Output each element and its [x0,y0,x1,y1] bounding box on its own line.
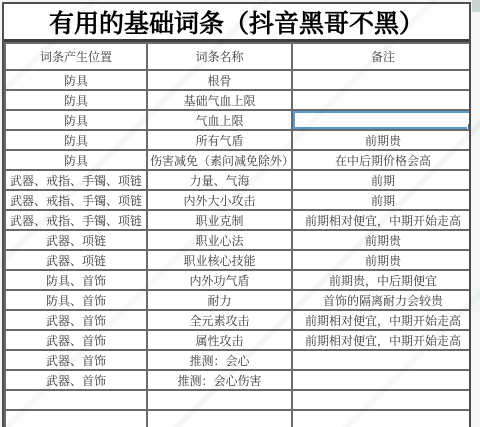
cell-position[interactable]: 武器、戒指、手镯、项链 [5,170,147,190]
cell-remark[interactable]: 前期 [292,190,471,210]
table-row: 武器、首饰全元素攻击前期相对便宜，中期开始走高 [5,310,471,330]
cell-remark[interactable]: 在中后期价格会高 [292,150,471,170]
table-row: 武器、首饰推测：会心 [5,350,471,370]
cell-remark[interactable] [292,410,471,427]
cell-name[interactable]: 推测：会心 [147,350,292,370]
cell-position[interactable]: 防具 [5,150,147,170]
cell-remark[interactable]: 前期贵 [292,130,471,150]
table-title-bar: 有用的基础词条（抖音黑哥不黑） [4,4,469,42]
cell-name[interactable]: 根骨 [147,70,292,90]
spreadsheet-area: 有用的基础词条（抖音黑哥不黑） 词条产生位置 词条名称 备注 防具根骨防具基础气… [2,2,471,427]
cell-name[interactable]: 内外大小攻击 [147,190,292,210]
table-row: 武器、戒指、手镯、项链力量、气海前期 [5,170,471,190]
cell-position[interactable]: 武器、首饰 [5,310,147,330]
cell-remark[interactable]: 前期 [292,170,471,190]
table-row: 武器、首饰属性攻击前期相对便宜，中期开始走高 [5,330,471,350]
cell-position[interactable]: 防具、首饰 [5,270,147,290]
cell-remark[interactable]: 前期相对便宜，中期开始走高 [292,310,471,330]
cell-name[interactable]: 职业核心技能 [147,250,292,270]
table-body: 防具根骨防具基础气血上限防具气血上限防具所有气盾前期贵防具伤害减免（素问减免除外… [5,70,471,427]
table-row: 防具、首饰内外功气盾前期贵，中后期便宜 [5,270,471,290]
table-row: 防具气血上限 [5,110,471,130]
cell-name[interactable]: 气血上限 [147,110,292,130]
cell-name[interactable] [147,410,292,427]
cell-position[interactable]: 防具 [5,90,147,110]
cell-name[interactable]: 所有气盾 [147,130,292,150]
header-remark[interactable]: 备注 [292,43,471,70]
cell-remark[interactable]: 前期相对便宜，中期开始走高 [292,330,471,350]
header-row: 词条产生位置 词条名称 备注 [5,43,471,70]
cell-remark[interactable]: 前期相对便宜，中期开始走高 [292,210,471,230]
cell-position[interactable]: 武器、首饰 [5,370,147,390]
cell-position[interactable]: 武器、戒指、手镯、项链 [5,210,147,230]
corner-shade [472,0,480,12]
entries-table: 词条产生位置 词条名称 备注 防具根骨防具基础气血上限防具气血上限防具所有气盾前… [4,42,471,427]
cell-remark[interactable] [292,350,471,370]
table-row [5,410,471,427]
cell-position[interactable] [5,390,147,410]
cell-remark[interactable] [292,370,471,390]
table-row: 防具根骨 [5,70,471,90]
cell-remark[interactable] [292,70,471,90]
cell-position[interactable]: 武器、项链 [5,230,147,250]
table-row: 防具、首饰耐力首饰的隔离耐力会较贵 [5,290,471,310]
cell-position[interactable]: 防具 [5,110,147,130]
cell-position[interactable]: 防具 [5,70,147,90]
selected-cell[interactable] [292,110,471,130]
cell-name[interactable] [147,390,292,410]
cell-name[interactable]: 力量、气海 [147,170,292,190]
cell-position[interactable] [5,410,147,427]
cell-name[interactable]: 基础气血上限 [147,90,292,110]
cell-remark[interactable] [292,90,471,110]
page-title: 有用的基础词条（抖音黑哥不黑） [49,4,424,40]
cell-name[interactable]: 全元素攻击 [147,310,292,330]
cell-name[interactable]: 内外功气盾 [147,270,292,290]
cell-name[interactable]: 属性攻击 [147,330,292,350]
header-position[interactable]: 词条产生位置 [5,43,147,70]
cell-name[interactable]: 耐力 [147,290,292,310]
cell-position[interactable]: 武器、戒指、手镯、项链 [5,190,147,210]
cell-position[interactable]: 防具、首饰 [5,290,147,310]
table-row: 防具伤害减免（素问减免除外）在中后期价格会高 [5,150,471,170]
cell-remark[interactable]: 前期贵 [292,230,471,250]
cell-name[interactable]: 职业心法 [147,230,292,250]
cell-name[interactable]: 伤害减免（素问减免除外） [147,150,292,170]
cell-remark[interactable] [292,390,471,410]
table-row [5,390,471,410]
cell-remark[interactable]: 首饰的隔离耐力会较贵 [292,290,471,310]
table-row: 武器、首饰推测：会心伤害 [5,370,471,390]
table-row: 武器、项链职业核心技能前期贵 [5,250,471,270]
cell-position[interactable]: 武器、首饰 [5,350,147,370]
cell-remark[interactable]: 前期贵，中后期便宜 [292,270,471,290]
cell-name[interactable]: 职业克制 [147,210,292,230]
table-row: 武器、项链职业心法前期贵 [5,230,471,250]
table-row: 武器、戒指、手镯、项链内外大小攻击前期 [5,190,471,210]
table-row: 防具基础气血上限 [5,90,471,110]
header-name[interactable]: 词条名称 [147,43,292,70]
cell-name[interactable]: 推测：会心伤害 [147,370,292,390]
cell-position[interactable]: 武器、首饰 [5,330,147,350]
cell-remark[interactable]: 前期贵 [292,250,471,270]
table-row: 武器、戒指、手镯、项链职业克制前期相对便宜，中期开始走高 [5,210,471,230]
cell-position[interactable]: 防具 [5,130,147,150]
table-row: 防具所有气盾前期贵 [5,130,471,150]
cell-position[interactable]: 武器、项链 [5,250,147,270]
